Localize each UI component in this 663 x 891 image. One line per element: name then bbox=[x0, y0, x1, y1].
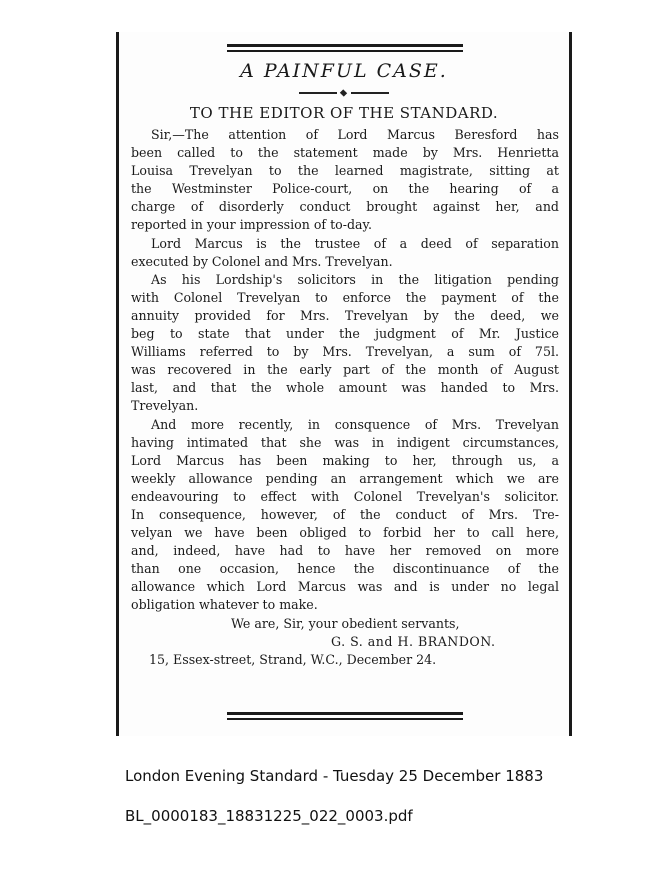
text-line: reported in your impression of to-day. bbox=[131, 216, 559, 234]
text-line: Sir,—The attention of Lord Marcus Beresf… bbox=[131, 126, 559, 144]
text-line: Trevelyan. bbox=[131, 397, 559, 415]
text-line: last, and that the whole amount was hand… bbox=[131, 379, 559, 397]
text-line: weekly allowance pending an arrangement … bbox=[131, 470, 559, 488]
text-line: Louisa Trevelyan to the learned magistra… bbox=[131, 162, 559, 180]
letter-body: Sir,—The attention of Lord Marcus Beresf… bbox=[131, 126, 559, 669]
text-line: velyan we have been obliged to forbid he… bbox=[131, 524, 559, 542]
text-line: obligation whatever to make. bbox=[131, 596, 559, 614]
text-line: was recovered in the early part of the m… bbox=[131, 361, 559, 379]
ornament-diamond-icon bbox=[340, 89, 347, 96]
text-line: the Westminster Police-court, on the hea… bbox=[131, 180, 559, 198]
address-line: 15, Essex-street, Strand, W.C., December… bbox=[131, 651, 559, 669]
headline: A PAINFUL CASE. bbox=[119, 60, 569, 82]
ornament-divider bbox=[299, 90, 389, 96]
text-line: and, indeed, have had to have her remove… bbox=[131, 542, 559, 560]
text-line: Lord Marcus is the trustee of a deed of … bbox=[131, 235, 559, 253]
text-line: In consequence, however, of the conduct … bbox=[131, 506, 559, 524]
source-caption: London Evening Standard - Tuesday 25 Dec… bbox=[125, 767, 543, 785]
bottom-double-rule bbox=[227, 712, 463, 721]
filename-caption: BL_0000183_18831225_022_0003.pdf bbox=[125, 807, 413, 825]
top-double-rule bbox=[227, 44, 463, 53]
ornament-line-right bbox=[351, 92, 389, 94]
text-line: allowance which Lord Marcus was and is u… bbox=[131, 578, 559, 596]
text-line: endeavouring to effect with Colonel Trev… bbox=[131, 488, 559, 506]
text-line: than one occasion, hence the discontinua… bbox=[131, 560, 559, 578]
closing-line: We are, Sir, your obedient servants, bbox=[131, 615, 559, 633]
text-line: Williams referred to by Mrs. Trevelyan, … bbox=[131, 343, 559, 361]
text-line: As his Lordship's solicitors in the liti… bbox=[131, 271, 559, 289]
subheading: TO THE EDITOR OF THE STANDARD. bbox=[119, 104, 569, 122]
text-line: beg to state that under the judgment of … bbox=[131, 325, 559, 343]
text-line: Lord Marcus has been making to her, thro… bbox=[131, 452, 559, 470]
text-line: annuity provided for Mrs. Trevelyan by t… bbox=[131, 307, 559, 325]
signatories-line: G. S. and H. BRANDON. bbox=[131, 633, 559, 651]
newspaper-clipping: A PAINFUL CASE. TO THE EDITOR OF THE STA… bbox=[116, 32, 572, 736]
text-line: having intimated that she was in indigen… bbox=[131, 434, 559, 452]
text-line: with Colonel Trevelyan to enforce the pa… bbox=[131, 289, 559, 307]
text-line: charge of disorderly conduct brought aga… bbox=[131, 198, 559, 216]
text-line: executed by Colonel and Mrs. Trevelyan. bbox=[131, 253, 559, 271]
text-line: And more recently, in consquence of Mrs.… bbox=[131, 416, 559, 434]
ornament-line-left bbox=[299, 92, 337, 94]
text-line: been called to the statement made by Mrs… bbox=[131, 144, 559, 162]
